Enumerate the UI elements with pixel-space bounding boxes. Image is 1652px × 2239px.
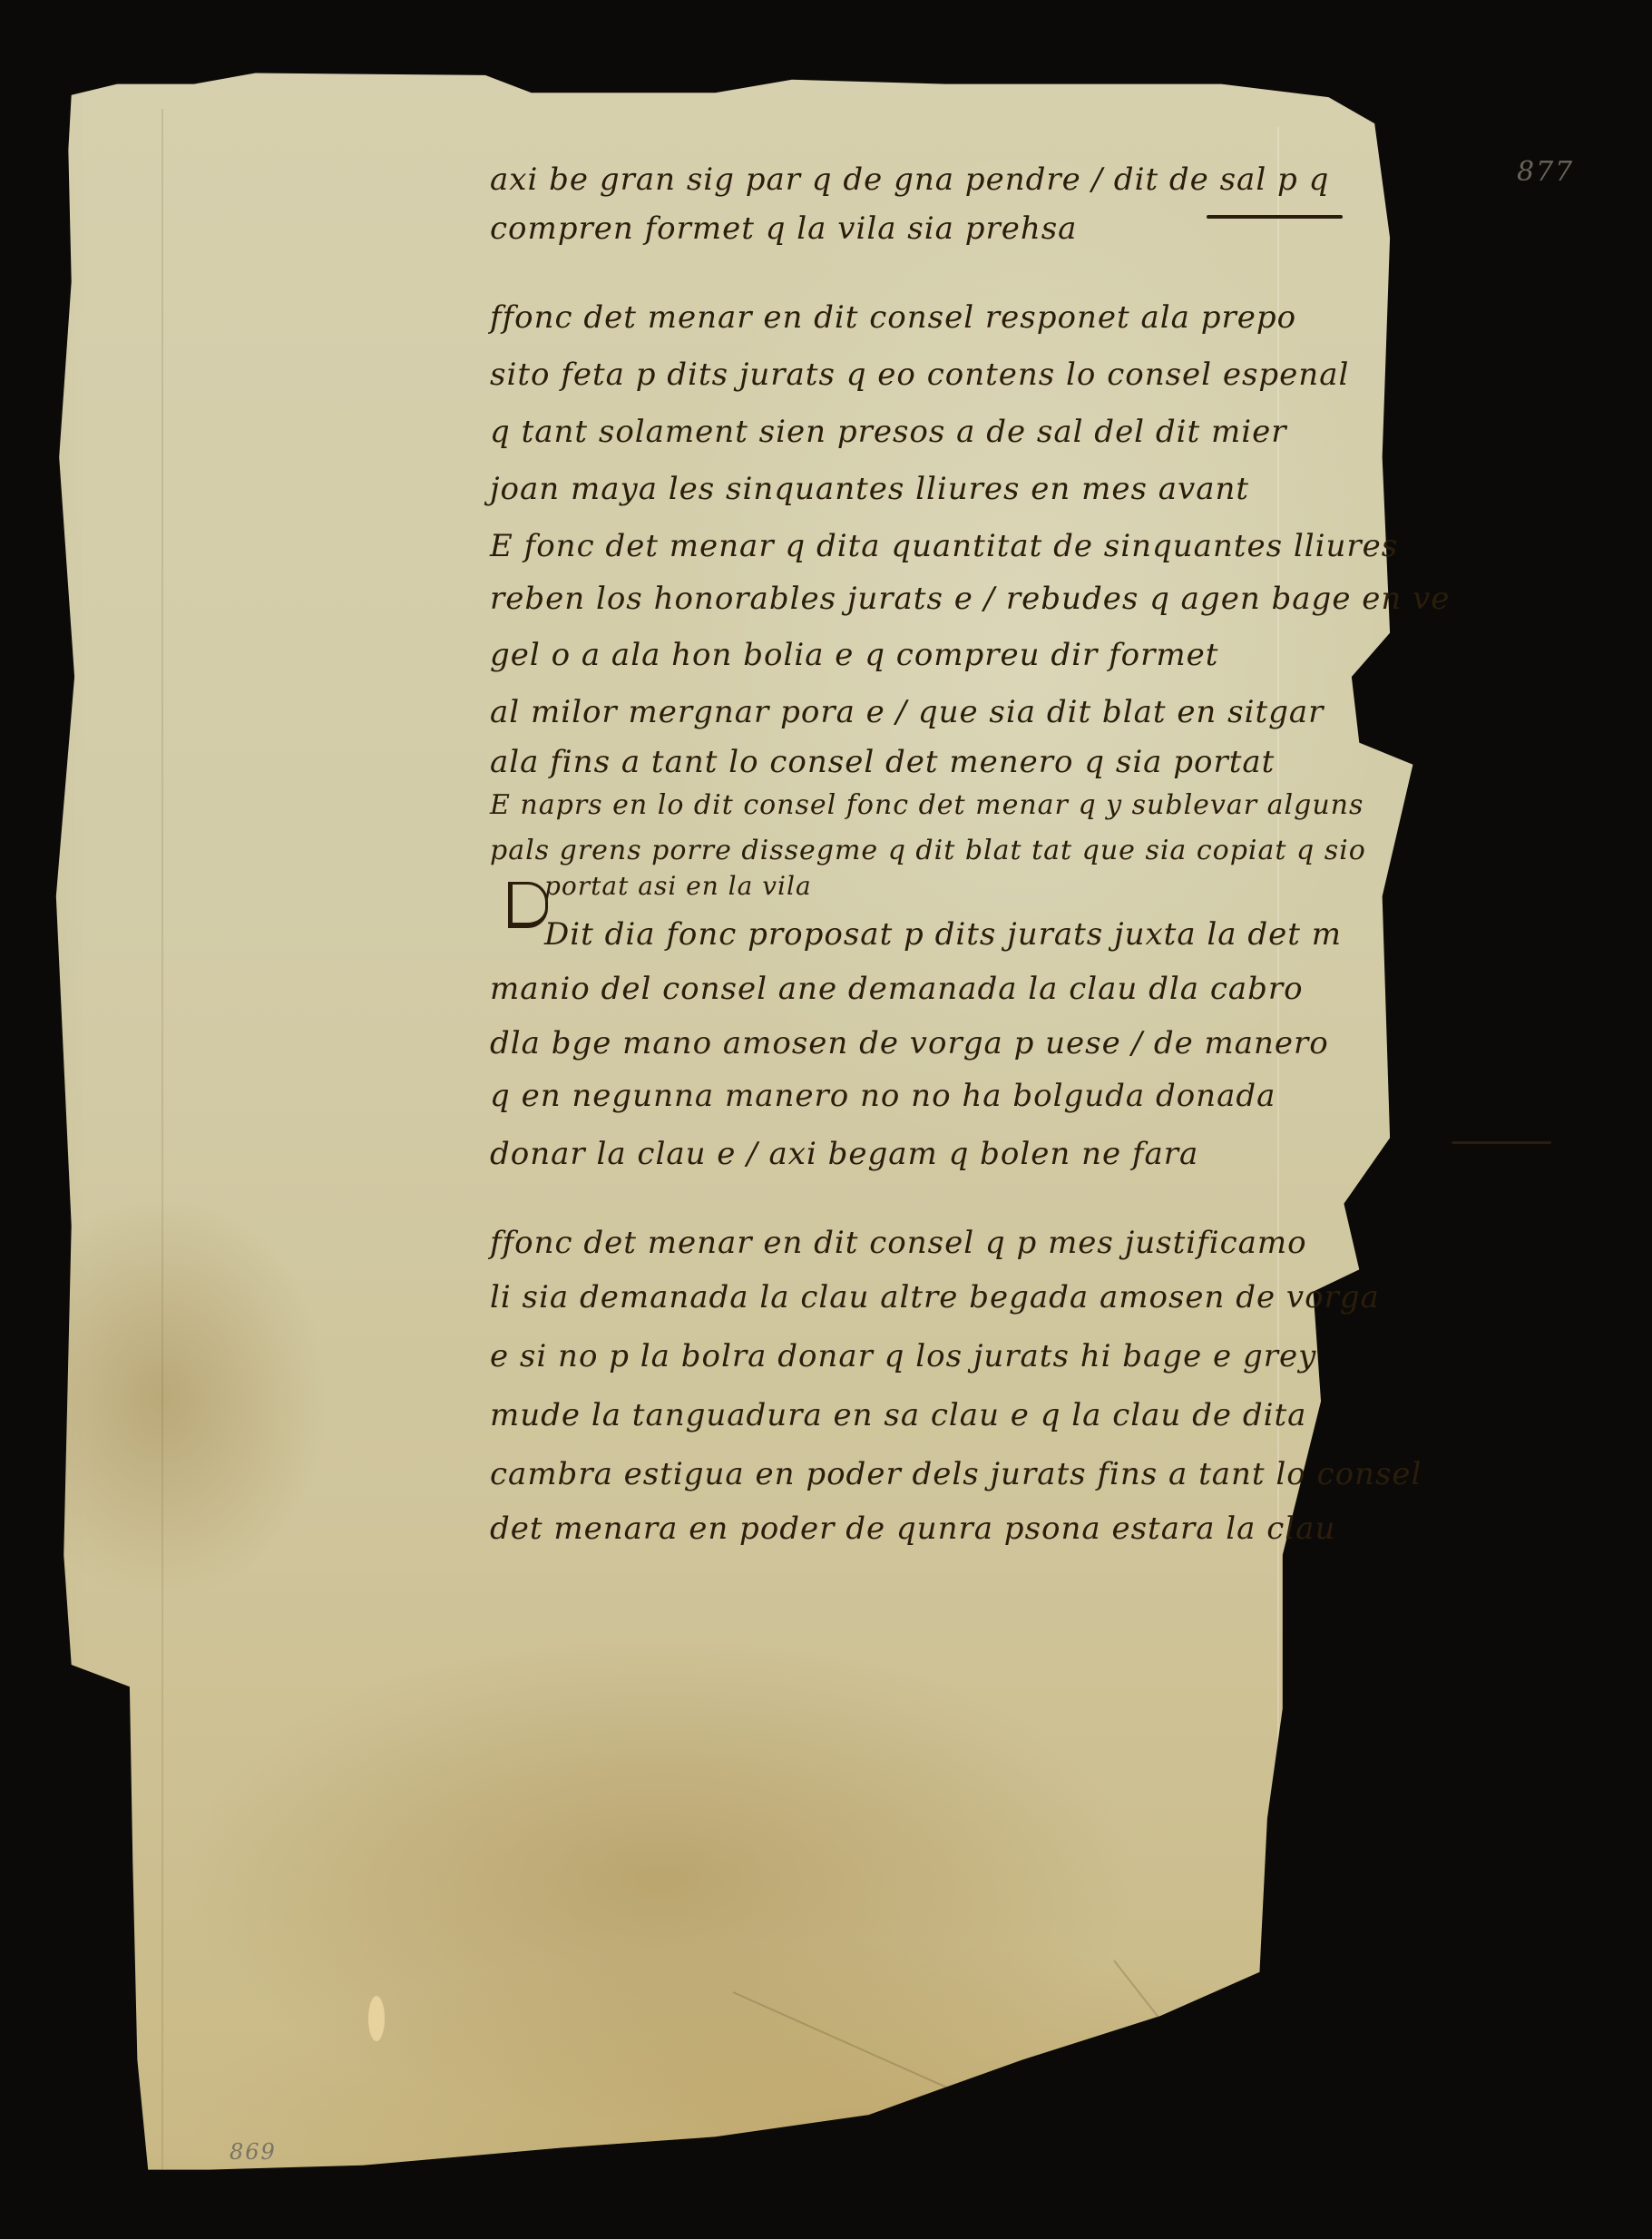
- page-fold-left: [161, 109, 163, 2177]
- manuscript-line: e si no p la bolra donar q los jurats hi…: [490, 1338, 1316, 1374]
- manuscript-line: al milor mergnar pora e / que sia dit bl…: [490, 694, 1324, 730]
- manuscript-line: mude la tanguadura en sa clau e q la cla…: [490, 1397, 1306, 1433]
- manuscript-line: E naprs en lo dit consel fonc det menar …: [490, 789, 1364, 821]
- manuscript-line: reben los honorables jurats e / rebudes …: [490, 581, 1450, 617]
- decorated-initial-d: [508, 882, 548, 928]
- manuscript-line: gel o a ala hon bolia e q compreu dir fo…: [490, 637, 1218, 673]
- manuscript-line: compren formet q la vila sia prehsa: [490, 210, 1077, 247]
- manuscript-line: ala fins a tant lo consel det menero q s…: [490, 744, 1275, 780]
- manuscript-line: manio del consel ane demanada la clau dl…: [490, 971, 1304, 1007]
- line-flourish: [1207, 215, 1343, 219]
- manuscript-line: dla bge mano amosen de vorga p uese / de…: [490, 1025, 1329, 1061]
- manuscript-line: q en negunna manero no no ha bolguda don…: [490, 1078, 1276, 1114]
- folio-number-top: 877: [1517, 156, 1574, 188]
- manuscript-line: pals grens porre dissegme q dit blat tat…: [490, 835, 1366, 866]
- manuscript-line: ffonc det menar en dit consel q p mes ju…: [490, 1225, 1307, 1261]
- manuscript-line: cambra estigua en poder dels jurats fins…: [490, 1456, 1422, 1492]
- line-flourish: [1452, 1141, 1551, 1144]
- manuscript-line: sito feta p dits jurats q eo contens lo …: [490, 357, 1349, 393]
- manuscript-line: det menara en poder de qunra psona estar…: [490, 1511, 1335, 1547]
- manuscript-line: axi be gran sig par q de gna pendre / di…: [490, 161, 1329, 198]
- paper-damage-mark: [368, 1996, 385, 2041]
- folio-number-bottom: 869: [230, 2139, 277, 2165]
- manuscript-line: li sia demanada la clau altre begada amo…: [490, 1279, 1380, 1315]
- manuscript-line: Dit dia fonc proposat p dits jurats juxt…: [544, 916, 1342, 953]
- manuscript-line: portat asi en la vila: [544, 871, 812, 901]
- manuscript-line: joan maya les sinquantes lliures en mes …: [490, 471, 1249, 507]
- manuscript-line: donar la clau e / axi begam q bolen ne f…: [490, 1136, 1198, 1172]
- manuscript-line: ffonc det menar en dit consel responet a…: [490, 299, 1296, 336]
- manuscript-line: q tant solament sien presos a de sal del…: [490, 414, 1286, 450]
- manuscript-line: E fonc det menar q dita quantitat de sin…: [490, 528, 1398, 564]
